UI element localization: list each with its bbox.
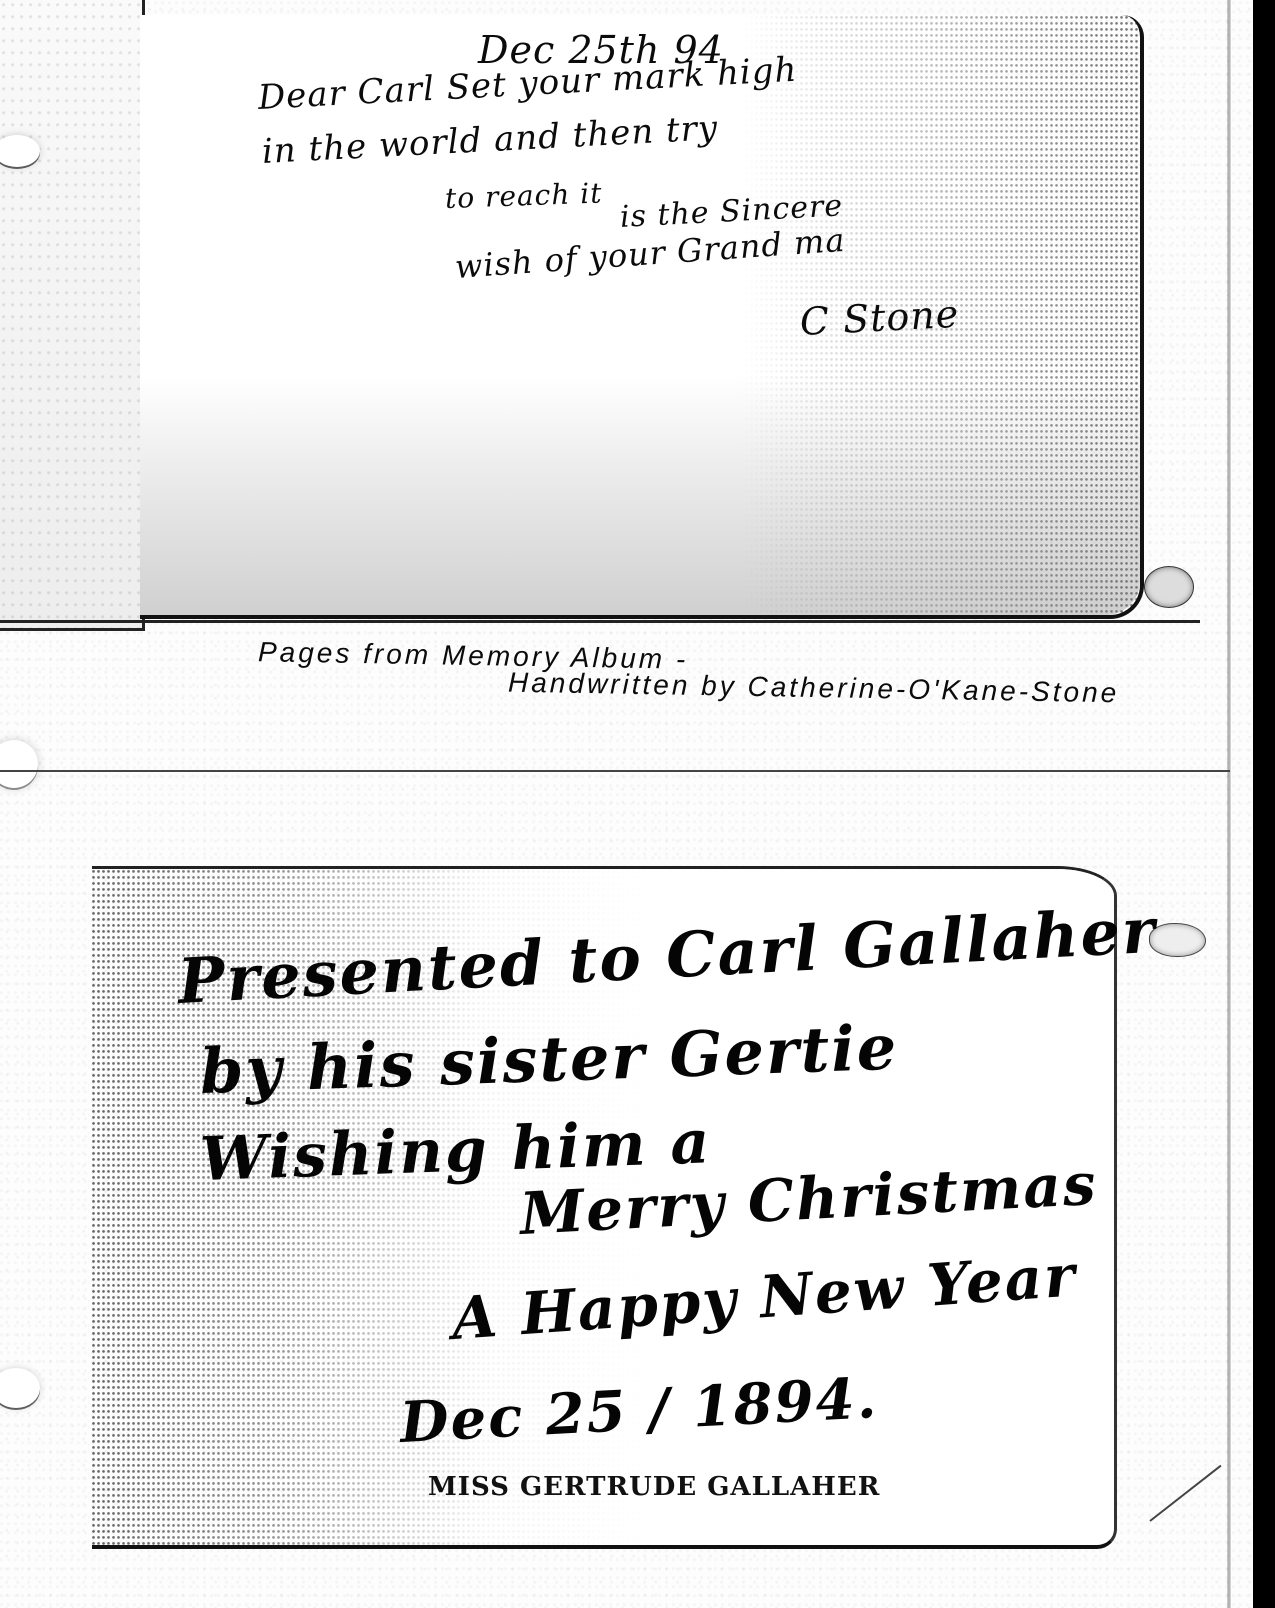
note-signature: C Stone [799, 292, 960, 344]
scan-edge [1253, 0, 1275, 1608]
note-line: to reach it [444, 177, 603, 215]
adjacent-album-page [0, 0, 145, 631]
page-divider [0, 770, 1230, 772]
name-stamp: MISS GERTRUDE GALLAHER [428, 1472, 880, 1502]
binder-hole-icon [1145, 567, 1193, 607]
page-fold-shadow [1227, 0, 1231, 1608]
binder-hole-icon [1150, 924, 1205, 956]
card-divider [0, 620, 1200, 623]
